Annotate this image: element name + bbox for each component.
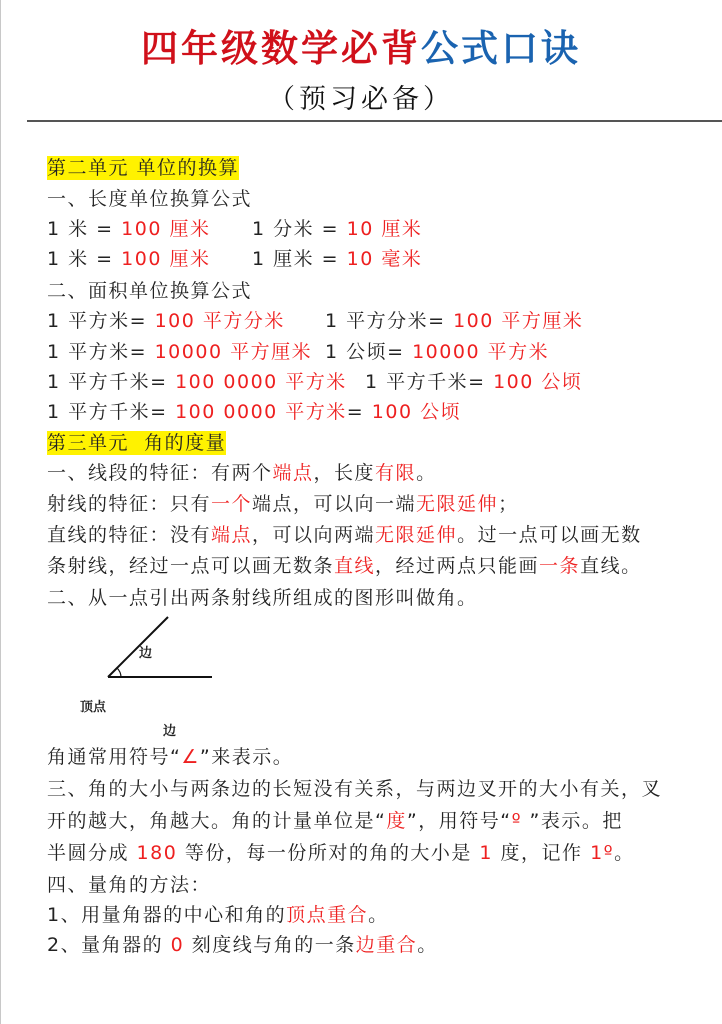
area-row-1: 1 平方米= 100 平方分米 <box>47 307 285 335</box>
area-row-3: 1 平方千米= 100 0000 平方米 <box>47 368 347 396</box>
length-row-2-col2: 1 厘米 = 10 毫米 <box>252 245 422 273</box>
length-row-1: 1 米 = 100 厘米 <box>47 215 210 243</box>
unit3-heading: 第三单元 角的度量 <box>47 429 226 457</box>
angle-definition: 二、从一点引出两条射线所组成的图形叫做角。 <box>47 584 478 612</box>
area-row-4: 1 平方千米= 100 0000 平方米= 100 公顷 <box>47 398 461 426</box>
unit2-heading: 第二单元 单位的换算 <box>47 154 239 182</box>
segment-feature: 一、线段的特征：有两个端点，长度有限。 <box>47 459 437 487</box>
line-feature-cont: 条射线，经过一点可以画无数条直线，经过两点只能画一条直线。 <box>47 552 642 580</box>
title-blue-part: 公式口诀 <box>421 26 581 70</box>
angle-size-3: 半圆分成 180 等份，每一份所对的角的大小是 1 度，记作 1º。 <box>47 839 635 867</box>
vertex-label: 顶点 <box>80 696 106 715</box>
area-row-1-col2: 1 平方分米= 100 平方厘米 <box>325 307 583 335</box>
angle-size-2: 开的越大，角越大。角的计量单位是“度”，用符号“º ”表示。把 <box>47 807 623 835</box>
side-label-2: 边 <box>163 720 176 739</box>
side-label-1: 边 <box>139 642 152 661</box>
angle-symbol: 角通常用符号“∠”来表示。 <box>47 743 293 771</box>
angle-size-1: 三、角的大小与两条边的长短没有关系，与两边叉开的大小有关，叉 <box>47 775 662 803</box>
area-row-2: 1 平方米= 10000 平方厘米 <box>47 338 312 366</box>
length-row-2: 1 米 = 100 厘米 <box>47 245 210 273</box>
measure-step-1: 1、用量角器的中心和角的顶点重合。 <box>47 901 389 929</box>
line-feature: 直线的特征：没有端点，可以向两端无限延伸。过一点可以画无数 <box>47 521 642 549</box>
header-divider <box>27 120 722 122</box>
area-heading: 二、面积单位换算公式 <box>47 277 252 305</box>
length-row-1-col2: 1 分米 = 10 厘米 <box>252 215 422 243</box>
area-row-3-col2: 1 平方千米= 100 公顷 <box>365 368 582 396</box>
page-edge <box>0 0 1 1024</box>
ray-feature: 射线的特征：只有一个端点，可以向一端无限延伸； <box>47 490 519 518</box>
measure-step-2: 2、量角器的 0 刻度线与角的一条边重合。 <box>47 931 438 959</box>
angle-diagram: 边 顶点 边 <box>47 612 277 742</box>
page-title: 四年级数学必背公式口诀 <box>0 24 722 72</box>
angle-figure-icon <box>47 612 277 742</box>
area-row-2-col2: 1 公顷= 10000 平方米 <box>325 338 549 366</box>
page-subtitle: （预习必备） <box>0 80 722 120</box>
measure-method-heading: 四、量角的方法： <box>47 871 211 899</box>
length-heading: 一、长度单位换算公式 <box>47 185 252 213</box>
title-red-part: 四年级数学必背 <box>141 26 421 70</box>
